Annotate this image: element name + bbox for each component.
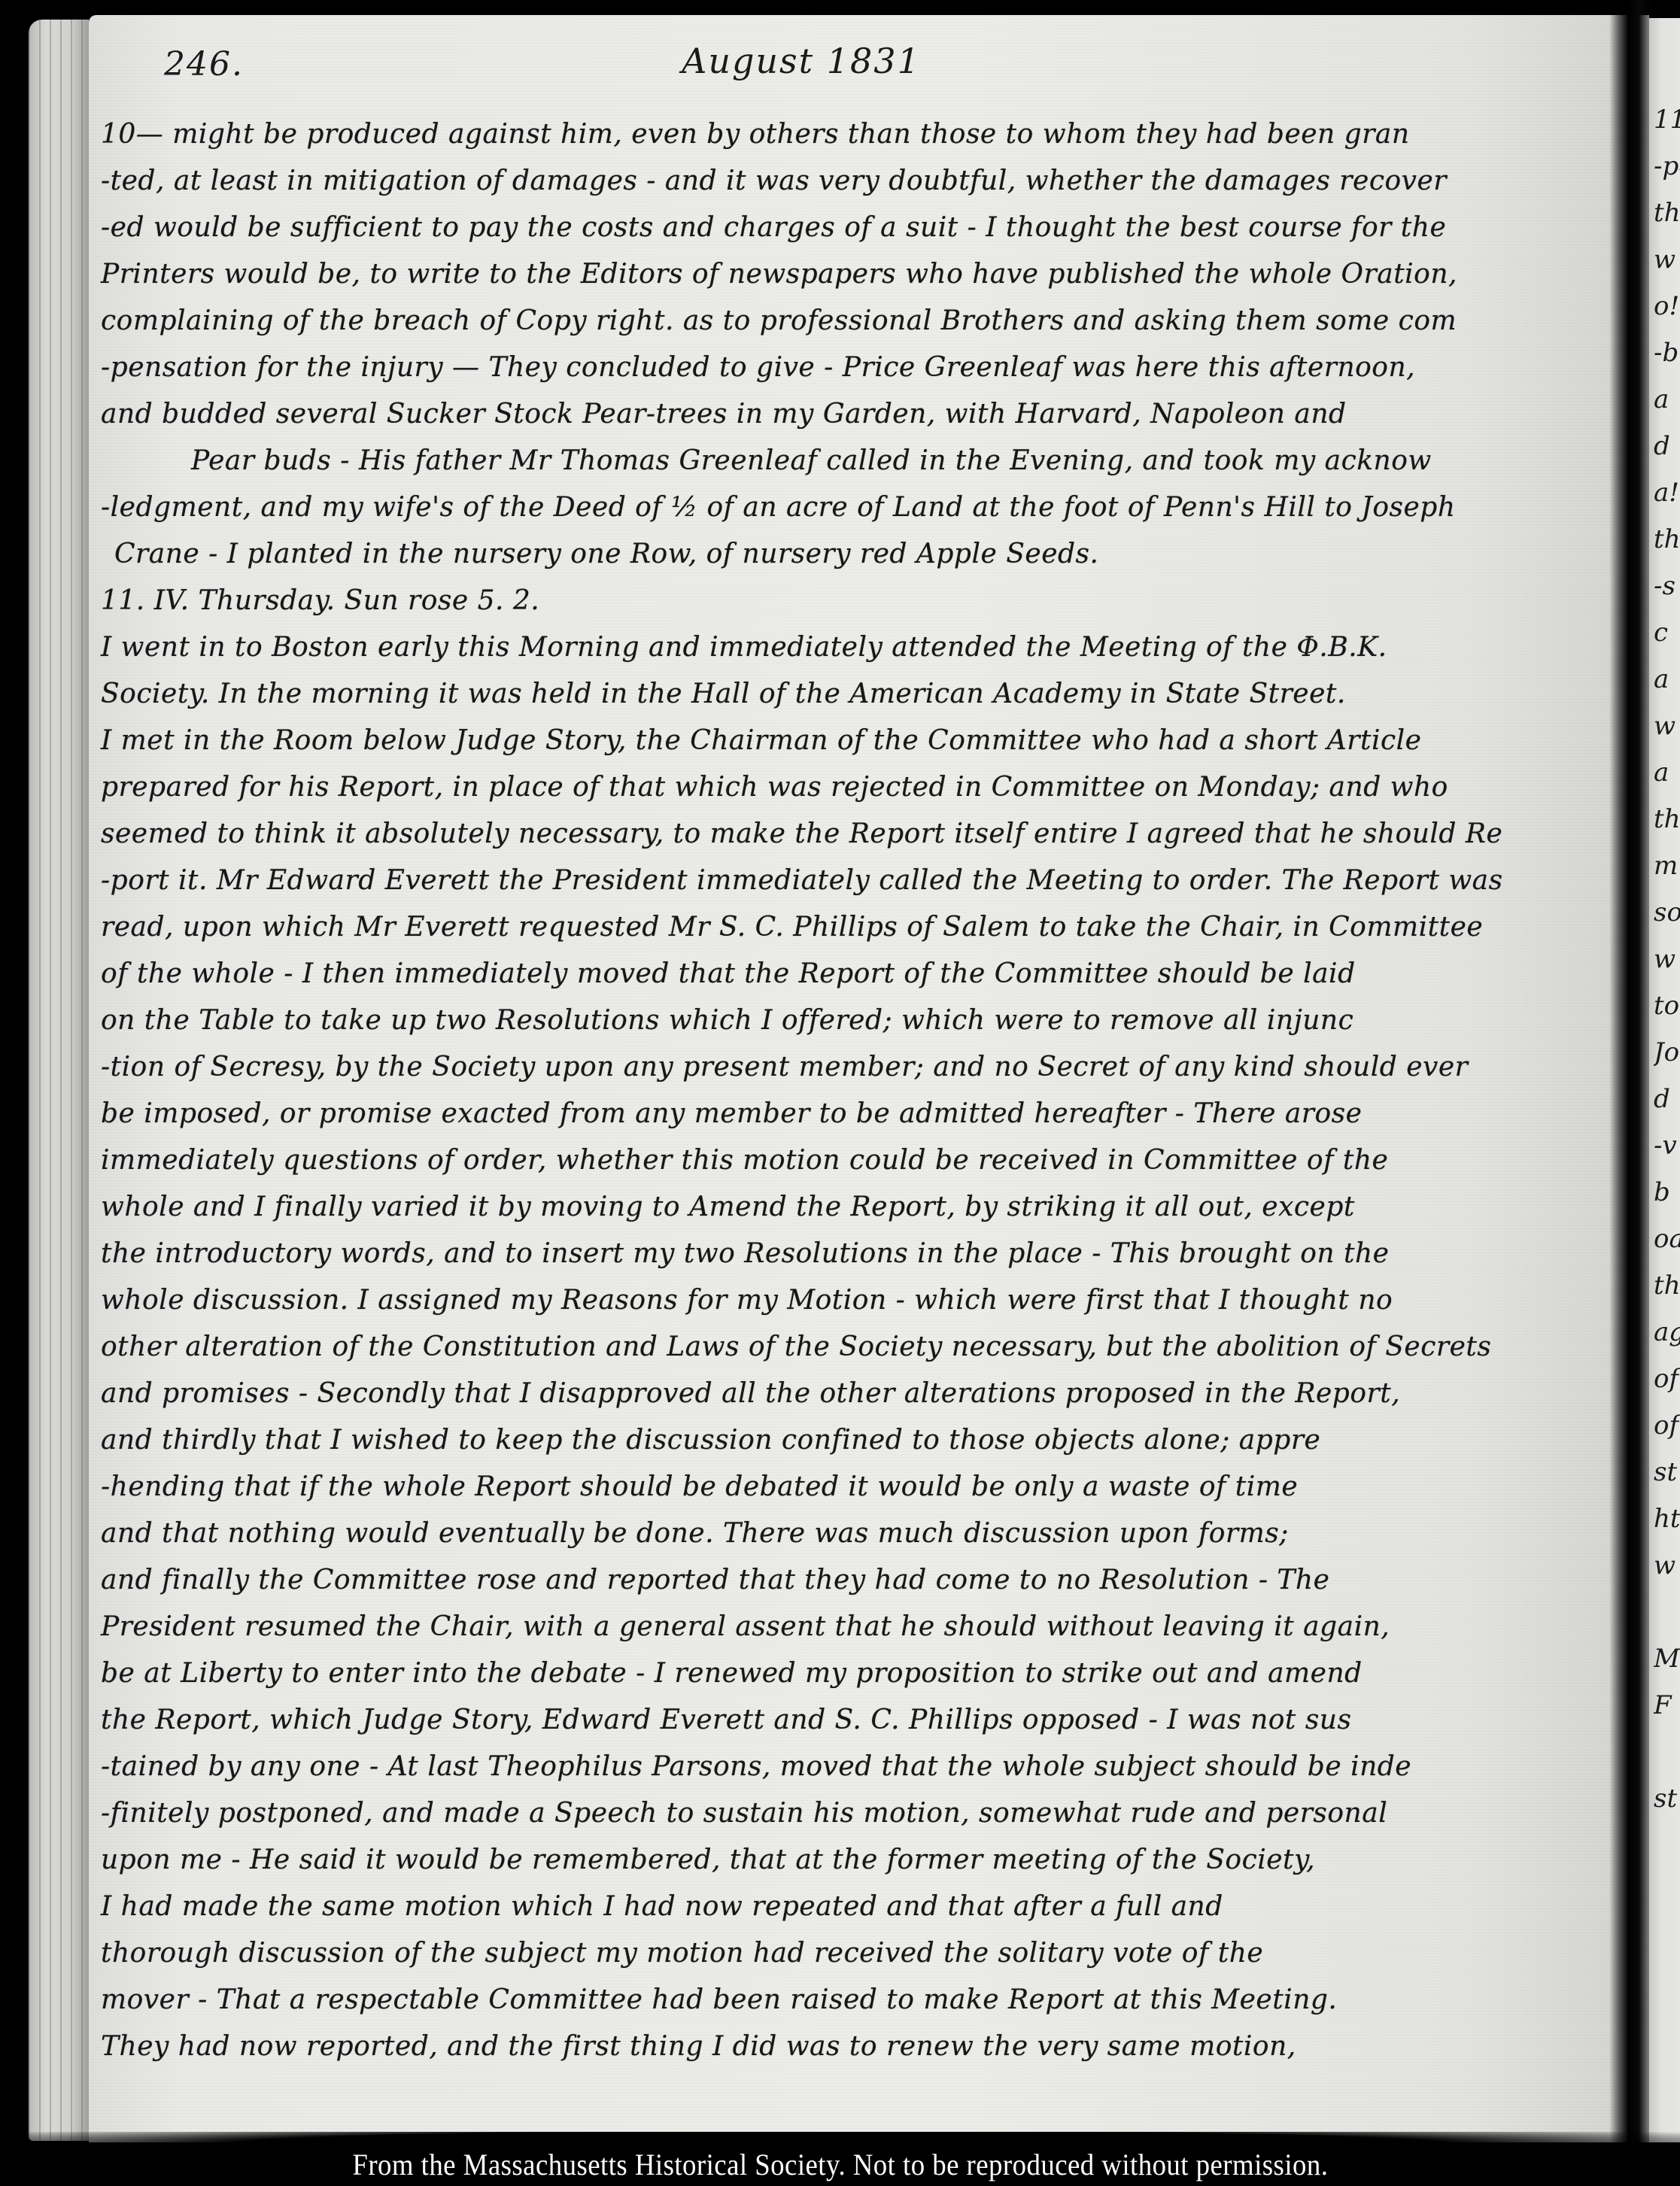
facing-page-fragment: ht [1654, 1495, 1680, 1542]
manuscript-line: be at Liberty to enter into the debate -… [101, 1650, 1615, 1697]
manuscript-line: upon me - He said it would be remembered… [101, 1837, 1615, 1884]
facing-page-fragment: 11— [1654, 96, 1680, 143]
facing-page-fragment: th [1654, 516, 1680, 563]
facing-page-fragment: a! [1654, 469, 1680, 516]
facing-page-fragments: 11—-pethwo!-bada!th-scawathmsowtoJod-vbo… [1654, 96, 1680, 2055]
manuscript-line: 10— might be produced against him, even … [101, 111, 1615, 158]
facing-page-fragment: m [1654, 843, 1680, 889]
facing-page-fragment [1654, 1869, 1680, 1915]
facing-page-fragment: st [1654, 1775, 1680, 1822]
facing-page-fragment [1654, 1729, 1680, 1775]
facing-page-fragment: -v [1654, 1122, 1680, 1169]
manuscript-line: I had made the same motion which I had n… [101, 1884, 1615, 1930]
manuscript-line: I went in to Boston early this Morning a… [101, 624, 1615, 671]
facing-page-fragment: -pe [1654, 143, 1680, 190]
facing-page-fragment: oa [1654, 1216, 1680, 1262]
facing-page-fragment: w [1654, 236, 1680, 283]
facing-page-fragment [1654, 1589, 1680, 1635]
manuscript-line: -tion of Secresy, by the Society upon an… [101, 1044, 1615, 1091]
manuscript-line: I met in the Room below Judge Story, the… [101, 718, 1615, 764]
facing-page-fragment: a [1654, 656, 1680, 703]
facing-page-fragment: st [1654, 1449, 1680, 1495]
manuscript-line: -hending that if the whole Report should… [101, 1464, 1615, 1510]
manuscript-line: of the whole - I then immediately moved … [101, 951, 1615, 997]
manuscript-line: seemed to think it absolutely necessary,… [101, 811, 1615, 858]
manuscript-line: mover - That a respectable Committee had… [101, 1977, 1615, 2024]
copyright-band: From the Massachusetts Historical Societ… [0, 2142, 1680, 2186]
manuscript-line: -ted, at least in mitigation of damages … [101, 158, 1615, 205]
facing-page-fragment: d [1654, 1076, 1680, 1122]
facing-page-fragment: a [1654, 749, 1680, 796]
manuscript-line: Crane - I planted in the nursery one Row… [101, 531, 1615, 578]
facing-page-fragment: w [1654, 936, 1680, 982]
manuscript-line: thorough discussion of the subject my mo… [101, 1930, 1615, 1977]
scanned-diary-page: 246. August 1831 10— might be produced a… [0, 0, 1680, 2186]
manuscript-line: the Report, which Judge Story, Edward Ev… [101, 1697, 1615, 1744]
manuscript-line: Pear buds - His father Mr Thomas Greenle… [101, 438, 1615, 484]
manuscript-line: whole and I finally varied it by moving … [101, 1184, 1615, 1231]
manuscript-lines: 10— might be produced against him, even … [101, 111, 1615, 2070]
facing-page-fragment: w [1654, 1542, 1680, 1589]
manuscript-line: -port it. Mr Edward Everett the Presiden… [101, 858, 1615, 904]
manuscript-line: the introductory words, and to insert my… [101, 1231, 1615, 1277]
manuscript-line: complaining of the breach of Copy right.… [101, 298, 1615, 345]
manuscript-line: -pensation for the injury — They conclud… [101, 345, 1615, 391]
facing-page-fragment: a [1654, 376, 1680, 423]
book-page-edges [29, 20, 89, 2141]
facing-page-fragment: -s [1654, 563, 1680, 609]
copyright-caption: From the Massachusetts Historical Societ… [352, 2147, 1328, 2182]
manuscript-line: other alteration of the Constitution and… [101, 1324, 1615, 1371]
facing-page-fragment: th [1654, 190, 1680, 236]
manuscript-line: Society. In the morning it was held in t… [101, 671, 1615, 718]
facing-page-fragment: to [1654, 982, 1680, 1029]
manuscript-line: 11. IV. Thursday. Sun rose 5. 2. [101, 578, 1615, 624]
facing-page-sliver: 11—-pethwo!-bada!th-scawathmsowtoJod-vbo… [1649, 18, 1680, 2144]
manuscript-line: Printers would be, to write to the Edito… [101, 251, 1615, 298]
facing-page-fragment: F [1654, 1682, 1680, 1729]
manuscript-line: whole discussion. I assigned my Reasons … [101, 1277, 1615, 1324]
facing-page-fragment: w [1654, 703, 1680, 749]
facing-page-fragment: th [1654, 1262, 1680, 1309]
manuscript-line: and finally the Committee rose and repor… [101, 1557, 1615, 1604]
facing-page-fragment [1654, 1822, 1680, 1869]
manuscript-line: on the Table to take up two Resolutions … [101, 997, 1615, 1044]
manuscript-line: -tained by any one - At last Theophilus … [101, 1744, 1615, 1790]
facing-page-fragment: of [1654, 1402, 1680, 1449]
binding-gutter-shadow [1609, 0, 1651, 2147]
facing-page-fragment: of [1654, 1356, 1680, 1402]
manuscript-line: -ed would be sufficient to pay the costs… [101, 205, 1615, 251]
facing-page-fragment [1654, 2008, 1680, 2055]
facing-page-fragment [1654, 1915, 1680, 1962]
manuscript-line: immediately questions of order, whether … [101, 1137, 1615, 1184]
manuscript-line: and that nothing would eventually be don… [101, 1510, 1615, 1557]
manuscript-line: and thirdly that I wished to keep the di… [101, 1417, 1615, 1464]
facing-page-fragment: ag [1654, 1309, 1680, 1356]
facing-page-fragment: M [1654, 1635, 1680, 1682]
facing-page-fragment: o! [1654, 283, 1680, 329]
facing-page-fragment: c [1654, 609, 1680, 656]
manuscript-line: and promises - Secondly that I disapprov… [101, 1371, 1615, 1417]
facing-page-fragment: b [1654, 1169, 1680, 1216]
manuscript-line: -ledgment, and my wife's of the Deed of … [101, 484, 1615, 531]
manuscript-line: -finitely postponed, and made a Speech t… [101, 1790, 1615, 1837]
manuscript-page: 246. August 1831 10— might be produced a… [89, 15, 1649, 2147]
facing-page-fragment: -b [1654, 329, 1680, 376]
manuscript-line: prepared for his Report, in place of tha… [101, 764, 1615, 811]
manuscript-line: They had now reported, and the first thi… [101, 2024, 1615, 2070]
facing-page-fragment: d [1654, 423, 1680, 469]
facing-page-fragment: Jo [1654, 1029, 1680, 1076]
header-date: August 1831 [89, 41, 1514, 81]
manuscript-line: be imposed, or promise exacted from any … [101, 1091, 1615, 1137]
manuscript-line: read, upon which Mr Everett requested Mr… [101, 904, 1615, 951]
manuscript-line: President resumed the Chair, with a gene… [101, 1604, 1615, 1650]
facing-page-fragment [1654, 1962, 1680, 2008]
facing-page-fragment: th [1654, 796, 1680, 843]
facing-page-fragment: so [1654, 889, 1680, 936]
manuscript-line: and budded several Sucker Stock Pear-tre… [101, 391, 1615, 438]
